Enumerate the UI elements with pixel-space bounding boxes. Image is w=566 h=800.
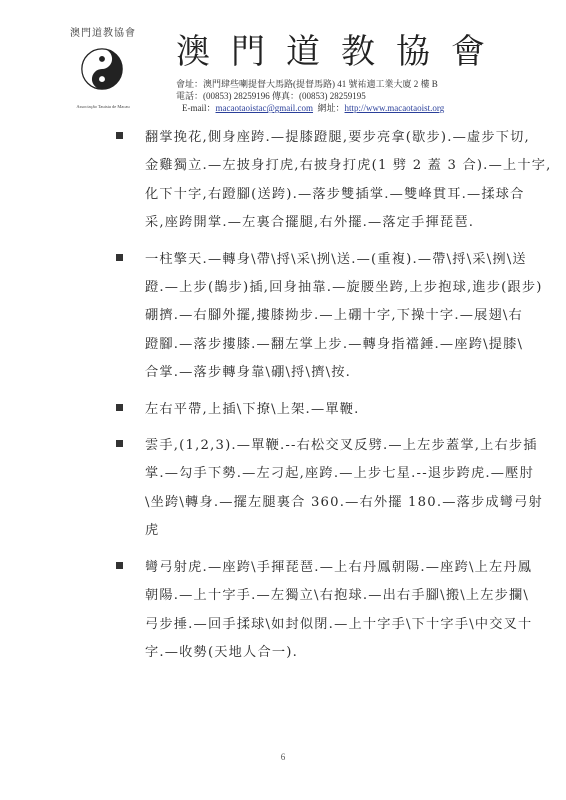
text-line: 蹬腳.—落步摟膝.—翻左掌上步.—轉身指襠錘.—座跨\提膝\ (145, 331, 526, 359)
text-line: 化下十字,右蹬腳(送跨).—落步雙插掌.—雙峰貫耳.—揉球合 (145, 181, 526, 209)
square-bullet-icon (116, 132, 123, 139)
text-line: \坐跨\轉身.—擺左腿裏合 360.—右外擺 180.—落步成彎弓射 (145, 489, 526, 517)
page-number: 6 (0, 752, 566, 762)
text-line: 硼擠.—右腳外擺,摟膝拗步.—上硼十字,下操十字.—展翅\右 (145, 302, 526, 330)
text-line: 弓步捶.—回手揉球\如封似閉.—上十字手\下十字手\中交叉十 (145, 611, 526, 639)
text-line: 掌.—勾手下勢.—左刁起,座跨.—上步七星.--退步跨虎.—壓肘 (145, 460, 526, 488)
website-label: 網址： (318, 103, 345, 113)
text-line: 字.—收勢(天地人合一). (145, 639, 526, 667)
text-line: 采,座跨開掌.—左裏合擺腿,右外擺.—落定手揮琵琶. (145, 209, 526, 237)
text-line: 翻掌挽花,側身座跨.—提膝蹬腿,要步亮拿(歇步).—虛步下切, (145, 124, 526, 152)
list-item: 一柱擎天.—轉身\帶\捋\采\挒\送.—(重複).—帶\捋\采\挒\送 蹬.—上… (116, 246, 526, 388)
text-line: 合掌.—落步轉身靠\硼\捋\擠\按. (145, 359, 526, 387)
text-line: 虎 (145, 517, 526, 545)
contact-line: E-mail：macaotaoistac@gmail.com 網址：http:/… (182, 101, 444, 114)
list-item: 雲手,(1,2,3).—單鞭.--右松交叉反劈.—上左步蓋掌,上右步插 掌.—勾… (116, 432, 526, 546)
text-line: 雲手,(1,2,3).—單鞭.--右松交叉反劈.—上左步蓋掌,上右步插 (145, 432, 526, 460)
square-bullet-icon (116, 562, 123, 569)
association-logo: 澳門道教協會 Associação Tauista de Macau (58, 22, 148, 122)
logo-caption: Associação Tauista de Macau (58, 104, 148, 109)
text-line: 左右平帶,上插\下撩\上架.—單鞭. (145, 396, 526, 424)
text-line: 朝陽.—上十字手.—左獨立\右抱球.—出右手腳\搬\上左步攔\ (145, 582, 526, 610)
list-item: 左右平帶,上插\下撩\上架.—單鞭. (116, 396, 526, 424)
square-bullet-icon (116, 254, 123, 261)
yin-yang-icon (81, 48, 123, 90)
email-link[interactable]: macaotaoistac@gmail.com (216, 103, 314, 113)
list-item: 彎弓射虎.—座跨\手揮琵琶.—上右丹鳳朝陽.—座跨\上左丹鳳 朝陽.—上十字手.… (116, 554, 526, 668)
text-line: 彎弓射虎.—座跨\手揮琵琶.—上右丹鳳朝陽.—座跨\上左丹鳳 (145, 554, 526, 582)
list-item: 翻掌挽花,側身座跨.—提膝蹬腿,要步亮拿(歇步).—虛步下切, 金雞獨立.—左披… (116, 124, 526, 238)
logo-ring-text: 澳門道教協會 (58, 24, 148, 39)
text-line: 蹬.—上步(鵲步)插,回身抽靠.—旋腰坐跨,上步抱球,進步(跟步) (145, 274, 526, 302)
text-line: 金雞獨立.—左披身打虎,右披身打虎(1 劈 2 蓋 3 合).—上十字, (145, 152, 526, 180)
letterhead: 澳門道教協會 Associação Tauista de Macau 澳門道教協… (58, 22, 528, 122)
website-link[interactable]: http://www.macaotaoist.org (345, 103, 445, 113)
email-label: E-mail： (182, 103, 216, 113)
text-line: 一柱擎天.—轉身\帶\捋\采\挒\送.—(重複).—帶\捋\采\挒\送 (145, 246, 526, 274)
organization-title: 澳門道教協會 (176, 24, 506, 73)
square-bullet-icon (116, 404, 123, 411)
square-bullet-icon (116, 440, 123, 447)
form-sequence-list: 翻掌挽花,側身座跨.—提膝蹬腿,要步亮拿(歇步).—虛步下切, 金雞獨立.—左披… (116, 124, 526, 675)
